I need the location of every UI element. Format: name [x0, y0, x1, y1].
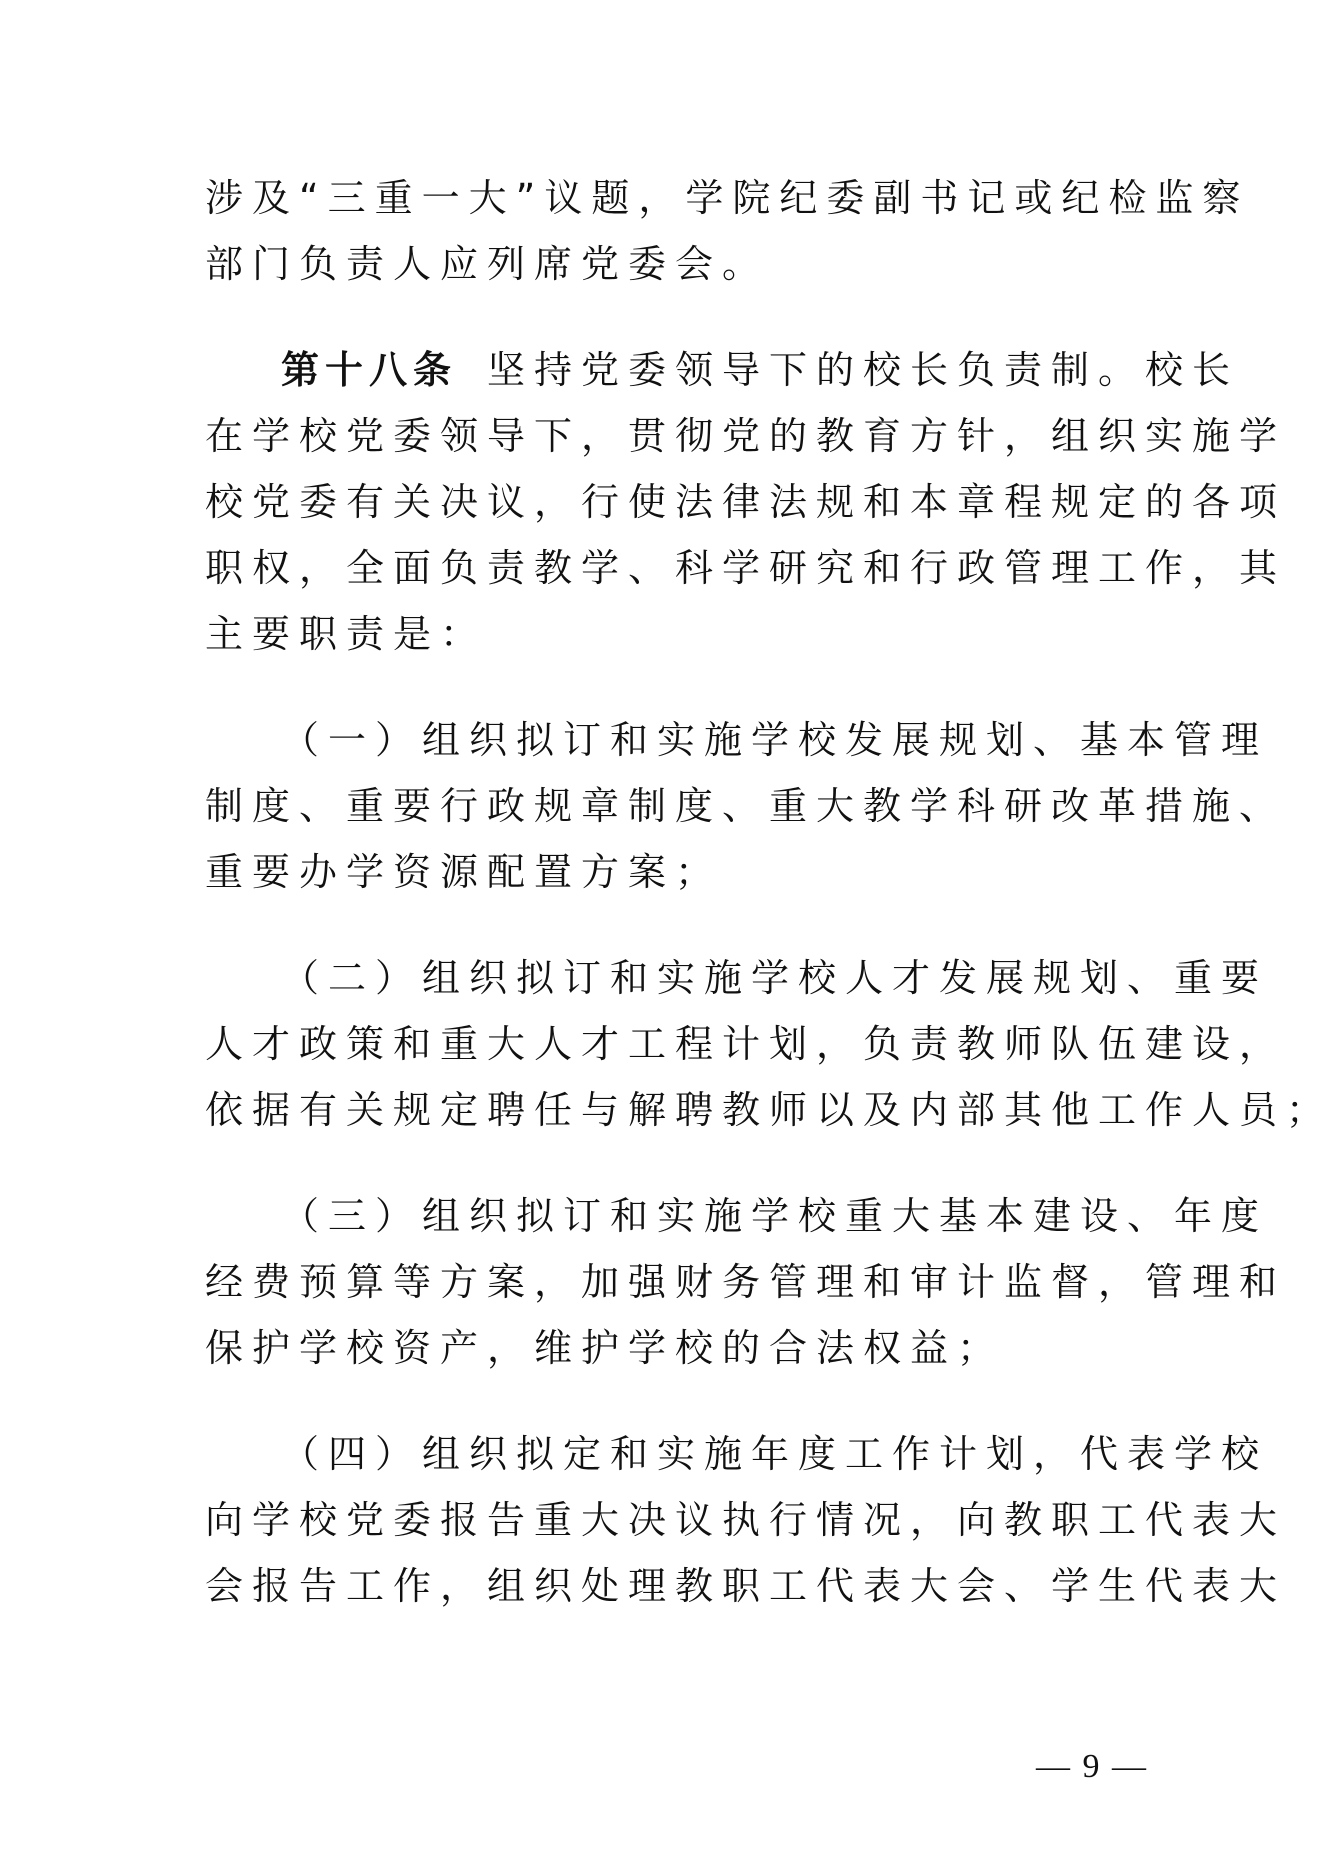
text-line: 制度、重要行政规章制度、重大教学科研改革措施、	[205, 773, 1135, 839]
article-heading-text: 坚持党委领导下的校长负责制。校长	[487, 348, 1239, 392]
text-line: （一）组织拟订和实施学校发展规划、基本管理	[205, 707, 1135, 773]
text-line: 会报告工作，组织处理教职工代表大会、学生代表大	[205, 1553, 1135, 1619]
text-line: 重要办学资源配置方案；	[205, 839, 1135, 905]
paragraph-gap	[205, 1381, 1135, 1421]
document-page: 涉及“三重一大”议题，学院纪委副书记或纪检监察 部门负责人应列席党委会。 第十八…	[0, 0, 1323, 1871]
paragraph-item-2: （二）组织拟订和实施学校人才发展规划、重要 人才政策和重大人才工程计划，负责教师…	[205, 945, 1135, 1143]
text-line: 经费预算等方案，加强财务管理和审计监督，管理和	[205, 1249, 1135, 1315]
page-number: — 9 —	[1036, 1748, 1148, 1786]
text-line: 保护学校资产，维护学校的合法权益；	[205, 1315, 1135, 1381]
text-line: 依据有关规定聘任与解聘教师以及内部其他工作人员；	[205, 1077, 1135, 1143]
text-line: 涉及“三重一大”议题，学院纪委副书记或纪检监察	[205, 165, 1135, 231]
paragraph-gap	[205, 1143, 1135, 1183]
article-number: 第十八条	[281, 348, 457, 392]
document-body: 涉及“三重一大”议题，学院纪委副书记或纪检监察 部门负责人应列席党委会。 第十八…	[205, 165, 1135, 1619]
text-line: （三）组织拟订和实施学校重大基本建设、年度	[205, 1183, 1135, 1249]
paragraph-item-3: （三）组织拟订和实施学校重大基本建设、年度 经费预算等方案，加强财务管理和审计监…	[205, 1183, 1135, 1381]
text-line: 向学校党委报告重大决议执行情况，向教职工代表大	[205, 1487, 1135, 1553]
text-line: 校党委有关决议，行使法律法规和本章程规定的各项	[205, 469, 1135, 535]
text-line: 人才政策和重大人才工程计划，负责教师队伍建设，	[205, 1011, 1135, 1077]
paragraph-gap	[205, 905, 1135, 945]
paragraph-article-18: 第十八条坚持党委领导下的校长负责制。校长 在学校党委领导下，贯彻党的教育方针，组…	[205, 337, 1135, 667]
text-line: 主要职责是：	[205, 601, 1135, 667]
paragraph-item-1: （一）组织拟订和实施学校发展规划、基本管理 制度、重要行政规章制度、重大教学科研…	[205, 707, 1135, 905]
paragraph-gap	[205, 297, 1135, 337]
paragraph-item-4: （四）组织拟定和实施年度工作计划，代表学校 向学校党委报告重大决议执行情况，向教…	[205, 1421, 1135, 1619]
text-line: 职权，全面负责教学、科学研究和行政管理工作，其	[205, 535, 1135, 601]
paragraph-continuation: 涉及“三重一大”议题，学院纪委副书记或纪检监察 部门负责人应列席党委会。	[205, 165, 1135, 297]
paragraph-gap	[205, 667, 1135, 707]
text-line: （四）组织拟定和实施年度工作计划，代表学校	[205, 1421, 1135, 1487]
text-line: （二）组织拟订和实施学校人才发展规划、重要	[205, 945, 1135, 1011]
text-line: 部门负责人应列席党委会。	[205, 231, 1135, 297]
text-line: 第十八条坚持党委领导下的校长负责制。校长	[205, 337, 1135, 403]
text-line: 在学校党委领导下，贯彻党的教育方针，组织实施学	[205, 403, 1135, 469]
